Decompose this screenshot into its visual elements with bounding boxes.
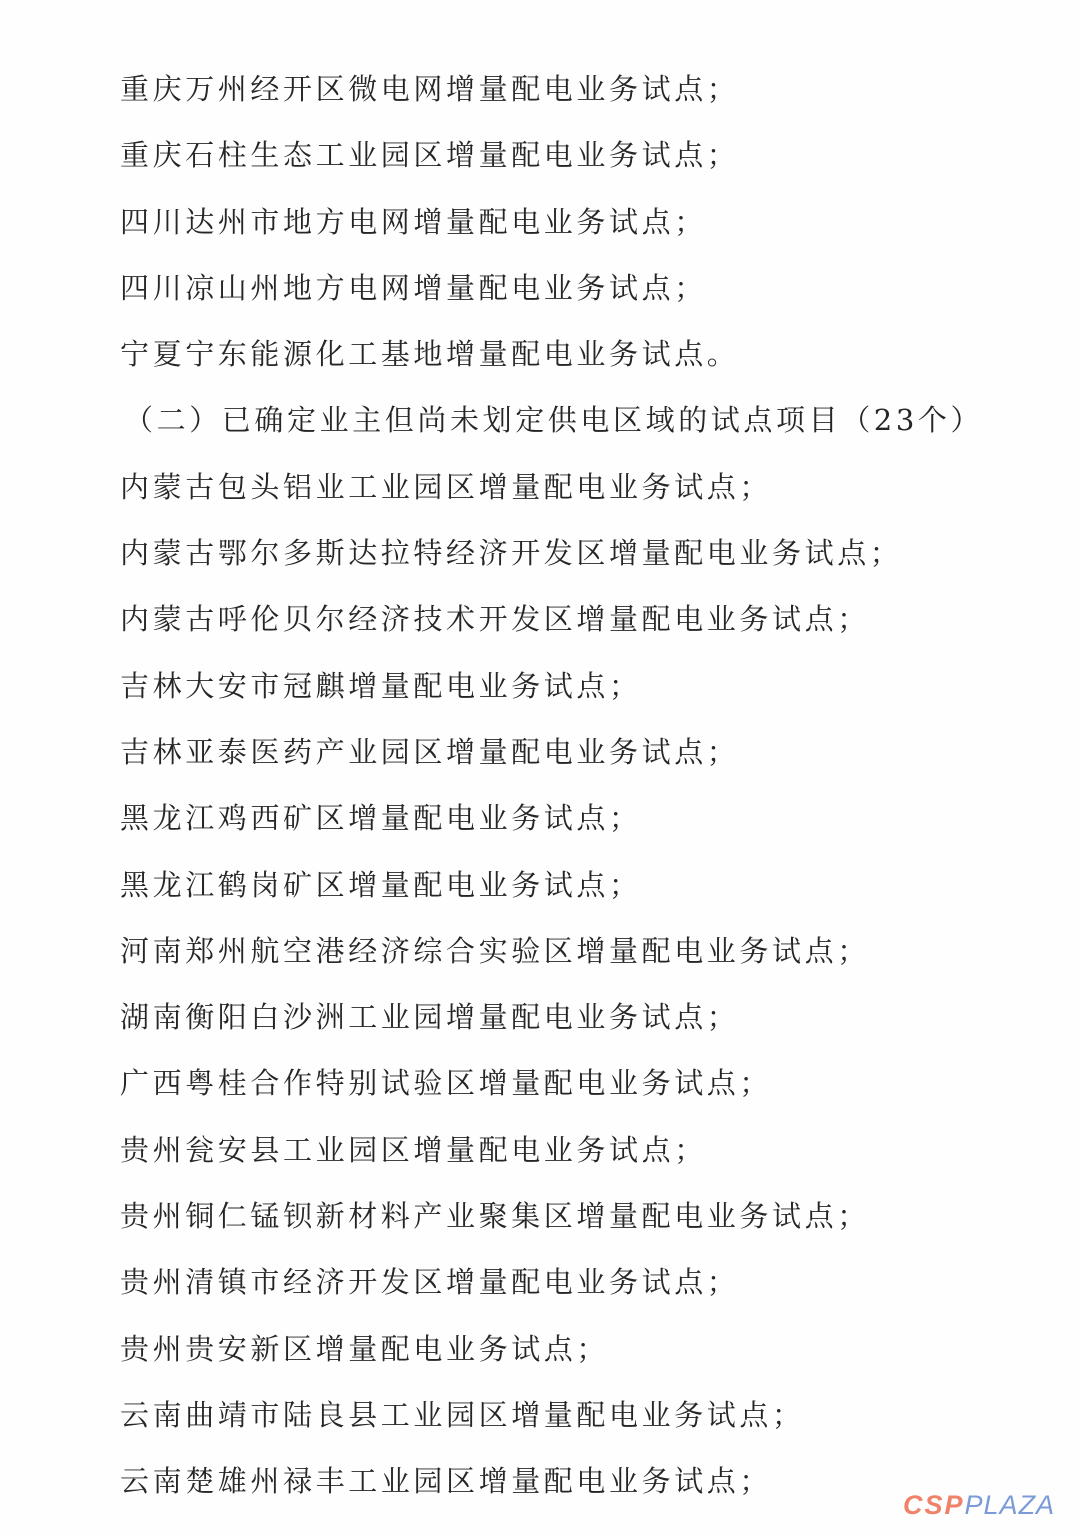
list-item: 云南楚雄州禄丰工业园区增量配电业务试点； [120, 1456, 983, 1522]
list-item: 内蒙古呼伦贝尔经济技术开发区增量配电业务试点； [120, 594, 983, 660]
list-item: 四川达州市地方电网增量配电业务试点； [120, 197, 983, 263]
list-item: 黑龙江鹤岗矿区增量配电业务试点； [120, 860, 983, 926]
document-page: 重庆万州经开区微电网增量配电业务试点； 重庆石柱生态工业园区增量配电业务试点； … [0, 0, 1079, 1534]
list-item: 贵州铜仁锰钡新材料产业聚集区增量配电业务试点； [120, 1191, 983, 1257]
list-item: 重庆万州经开区微电网增量配电业务试点； [120, 64, 983, 130]
list-item: 重庆石柱生态工业园区增量配电业务试点； [120, 130, 983, 196]
list-item: 广西粤桂合作特别试验区增量配电业务试点； [120, 1058, 983, 1124]
list-item: 内蒙古鄂尔多斯达拉特经济开发区增量配电业务试点； [120, 528, 983, 594]
section-heading: （二）已确定业主但尚未划定供电区域的试点项目（23个） [124, 395, 983, 461]
list-item: 云南曲靖市陆良县工业园区增量配电业务试点； [120, 1390, 983, 1456]
list-item: 宁夏宁东能源化工基地增量配电业务试点。 [120, 329, 983, 395]
list-item: 吉林亚泰医药产业园区增量配电业务试点； [120, 727, 983, 793]
pilot-project-list: 重庆万州经开区微电网增量配电业务试点； 重庆石柱生态工业园区增量配电业务试点； … [120, 64, 983, 1523]
list-item: 贵州瓮安县工业园区增量配电业务试点； [120, 1125, 983, 1191]
list-item: 贵州清镇市经济开发区增量配电业务试点； [120, 1257, 983, 1323]
list-item: 河南郑州航空港经济综合实验区增量配电业务试点； [120, 926, 983, 992]
watermark-plaza: PLAZA [965, 1490, 1056, 1520]
list-item: 湖南衡阳白沙洲工业园增量配电业务试点； [120, 992, 983, 1058]
list-item: 黑龙江鸡西矿区增量配电业务试点； [120, 793, 983, 859]
list-item: 四川凉山州地方电网增量配电业务试点； [120, 263, 983, 329]
list-item: 吉林大安市冠麒增量配电业务试点； [120, 661, 983, 727]
watermark-logo: CSPPLAZA [903, 1490, 1055, 1521]
list-item: 内蒙古包头铝业工业园区增量配电业务试点； [120, 462, 983, 528]
list-item: 贵州贵安新区增量配电业务试点； [120, 1324, 983, 1390]
watermark-csp: CSP [903, 1490, 965, 1520]
